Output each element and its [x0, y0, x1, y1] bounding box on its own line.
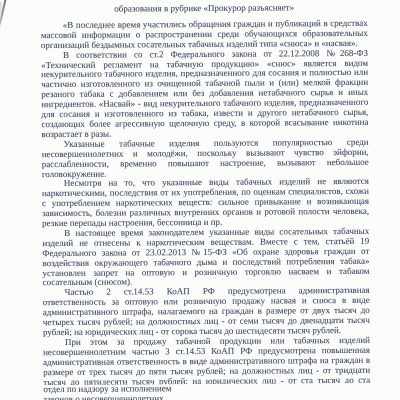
footer-department-line-2: законов о несовершеннолетних [43, 394, 243, 400]
scanned-document-page: образования в рубрике «Прокурор разъясня… [0, 0, 400, 400]
paragraph-intro: «В последнее время участились обращения … [41, 19, 368, 51]
document-paragraphs: «В последнее время участились обращения … [41, 19, 371, 385]
paragraph-sale-ban: В настоящее время законодателем указанны… [42, 227, 369, 289]
paragraph-law-definition: В соответствии со ст.2 Федерального зако… [41, 48, 369, 139]
paragraph-admin-liability: Частью 2 ст.14.53 КоАП РФ предусмотрена … [43, 286, 370, 338]
document-header-line: образования в рубрике «Прокурор разъясня… [41, 3, 368, 15]
paragraph-health-effects: Несмотря на то, что указанные виды табач… [42, 177, 369, 229]
document-body: образования в рубрике «Прокурор разъясня… [41, 3, 371, 385]
paragraph-minors-liability: При этом за продажу табачной продукции и… [43, 336, 370, 385]
paragraph-popularity: Указанные табачные изделия пользуются по… [42, 138, 369, 180]
document-footer: отдел по надзору за исполнением законов … [43, 384, 243, 400]
